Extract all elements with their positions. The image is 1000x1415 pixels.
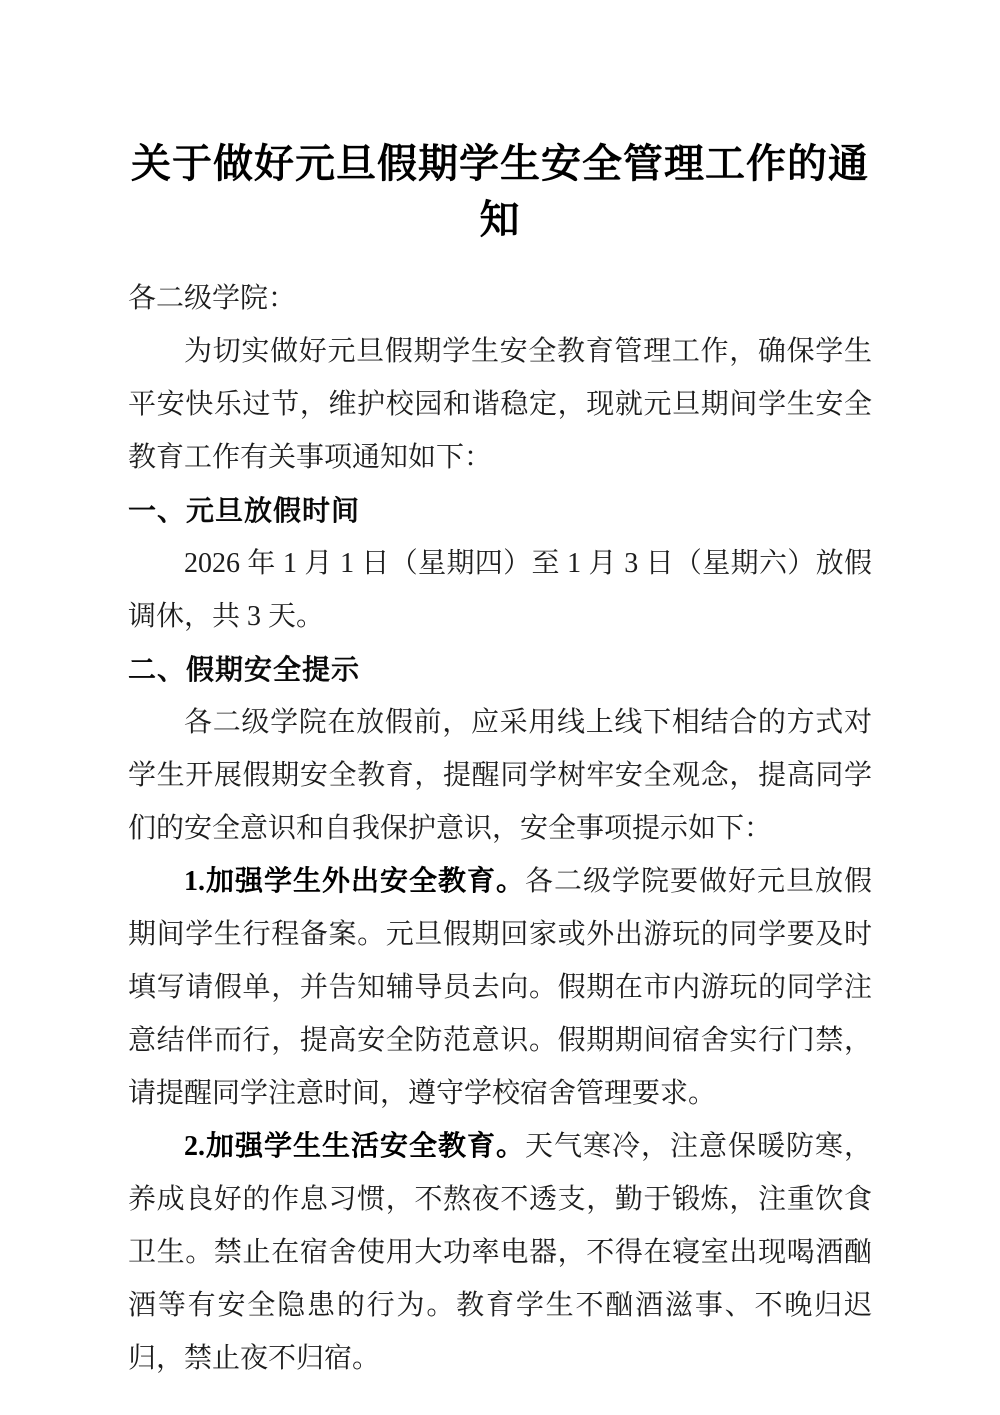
- safety-item-1-lead: 1.加强学生外出安全教育。: [184, 866, 525, 897]
- safety-item-2-body: 天气寒冷，注意保暖防寒，养成良好的作息习惯，不熬夜不透支，勤于锻炼，注重饮食卫生…: [128, 1131, 872, 1374]
- intro-paragraph: 为切实做好元旦假期学生安全教育管理工作，确保学生平安快乐过节，维护校园和谐稳定，…: [128, 325, 872, 484]
- section2-heading: 二、假期安全提示: [128, 643, 872, 696]
- document-page: 关于做好元旦假期学生安全管理工作的通知 各二级学院： 为切实做好元旦假期学生安全…: [0, 0, 1000, 1415]
- safety-item-2-lead: 2.加强学生生活安全教育。: [184, 1131, 525, 1162]
- safety-item-1: 1.加强学生外出安全教育。各二级学院要做好元旦放假期间学生行程备案。元旦假期回家…: [128, 855, 872, 1120]
- safety-item-1-body: 各二级学院要做好元旦放假期间学生行程备案。元旦假期回家或外出游玩的同学要及时填写…: [128, 866, 872, 1109]
- safety-item-2: 2.加强学生生活安全教育。天气寒冷，注意保暖防寒，养成良好的作息习惯，不熬夜不透…: [128, 1120, 872, 1385]
- salutation: 各二级学院：: [128, 272, 872, 325]
- section1-heading: 一、元旦放假时间: [128, 484, 872, 537]
- document-body: 各二级学院： 为切实做好元旦假期学生安全教育管理工作，确保学生平安快乐过节，维护…: [128, 272, 872, 1385]
- section1-body: 2026 年 1 月 1 日（星期四）至 1 月 3 日（星期六）放假调休，共 …: [128, 537, 872, 643]
- document-title: 关于做好元旦假期学生安全管理工作的通知: [128, 136, 872, 248]
- section2-intro: 各二级学院在放假前，应采用线上线下相结合的方式对学生开展假期安全教育，提醒同学树…: [128, 696, 872, 855]
